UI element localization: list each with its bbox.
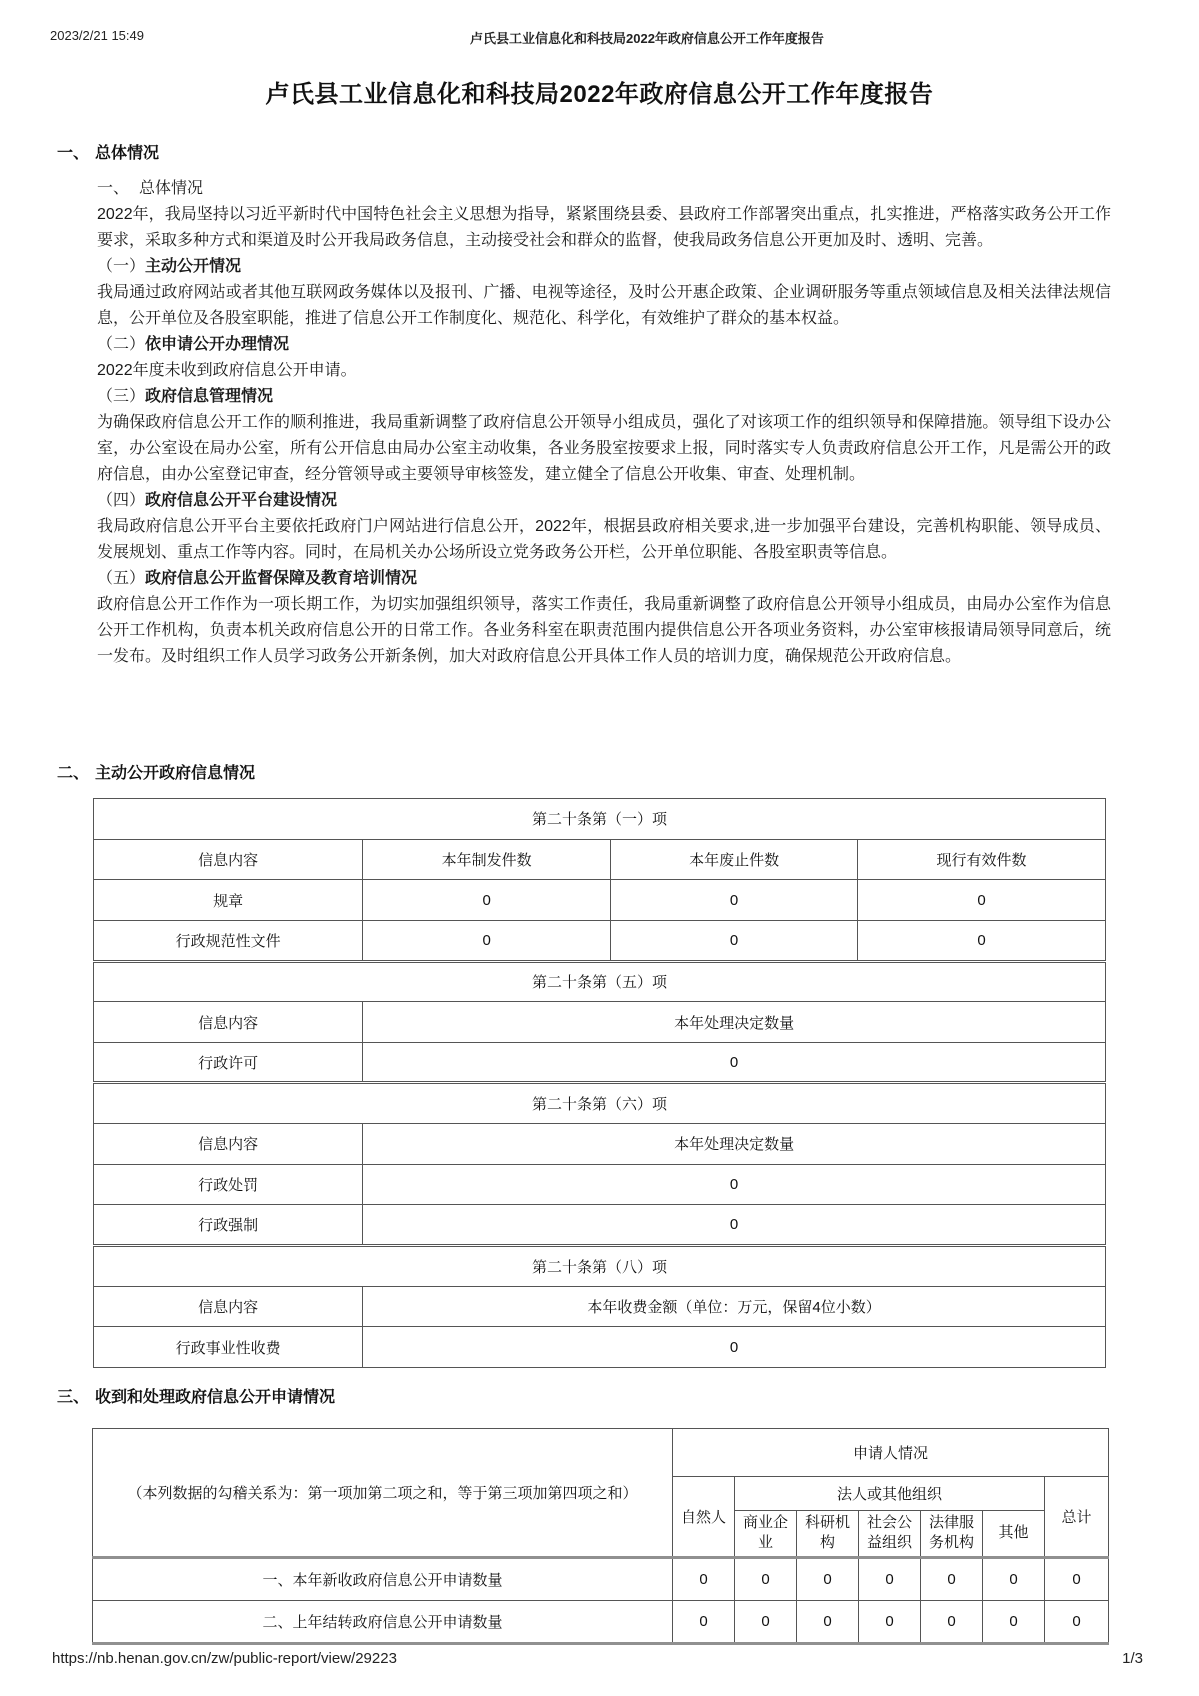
subheading-title: 政府信息公开监督保障及教育培训情况 [145,570,417,587]
article-span-label: 第二十条第（五）项 [94,961,1106,1002]
subheading-title: 政府信息管理情况 [145,388,273,405]
section-number: 三、 [57,1389,89,1406]
subheading-4: （四）政府信息公开平台建设情况 [97,488,1111,514]
table-header-row: 信息内容 本年处理决定数量 [94,1002,1106,1043]
data-cell: 0 [983,1600,1045,1643]
section-number: 一、 [57,145,89,162]
section-title: 收到和处理政府信息公开申请情况 [95,1389,335,1406]
data-cell: 0 [611,920,858,961]
subheading-2: （二）依申请公开办理情况 [97,332,1111,358]
data-cell: 0 [858,920,1106,961]
header-cell-legal-entity-group: 法人或其他组织 [735,1477,1045,1511]
proactive-disclosure-table: 第二十条第（一）项 信息内容 本年制发件数 本年废止件数 现行有效件数 规章 0… [93,798,1106,1368]
data-cell: 0 [1045,1557,1109,1600]
header-cell: 信息内容 [94,1002,363,1043]
header-cell-natural-person: 自然人 [673,1477,735,1558]
data-cell: 0 [735,1600,797,1643]
row-label: 行政事业性收费 [94,1327,363,1368]
subheader-cell: 其他 [983,1511,1045,1558]
section-heading-overview: 一、总体情况 [57,140,159,163]
report-title: 卢氏县工业信息化和科技局2022年政府信息公开工作年度报告 [0,74,1199,109]
header-cell: 本年处理决定数量 [363,1002,1106,1043]
subheading-title: 依申请公开办理情况 [145,336,289,353]
data-cell: 0 [921,1600,983,1643]
subheading-5: （五）政府信息公开监督保障及教育培训情况 [97,566,1111,592]
row-label: 二、上年结转政府信息公开申请数量 [93,1600,673,1643]
subheader-cell: 社会公益组织 [859,1511,921,1558]
data-cell: 0 [363,1205,1106,1246]
table-header-row: 信息内容 本年制发件数 本年废止件数 现行有效件数 [94,839,1106,880]
data-cell: 0 [363,1164,1106,1205]
article-span-row: 第二十条第（六）项 [94,1083,1106,1124]
row-label: 行政强制 [94,1205,363,1246]
subheader-cell: 科研机构 [797,1511,859,1558]
table-row: 行政许可 0 [94,1042,1106,1083]
header-cell: 信息内容 [94,1286,363,1327]
row-label: 一、本年新收政府信息公开申请数量 [93,1557,673,1600]
section-title: 主动公开政府信息情况 [95,765,255,782]
table-row: 行政事业性收费 0 [94,1327,1106,1368]
header-cell: 本年处理决定数量 [363,1124,1106,1165]
subheading-3: （三）政府信息管理情况 [97,384,1111,410]
paragraph-4: 我局政府信息公开平台主要依托政府门户网站进行信息公开，2022年，根据县政府相关… [97,514,1111,566]
paragraph-overview: 2022年，我局坚持以习近平新时代中国特色社会主义思想为指导，紧紧围绕县委、县政… [97,202,1111,254]
data-cell: 0 [983,1557,1045,1600]
data-cell: 0 [673,1600,735,1643]
subheading-number: （三） [97,388,145,405]
header-cell: 本年制发件数 [363,839,611,880]
subheader-cell: 商业企业 [735,1511,797,1558]
reconciliation-note-cell: （本列数据的勾稽关系为：第一项加第二项之和，等于第三项加第四项之和） [93,1429,673,1558]
article-span-label: 第二十条第（一）项 [94,799,1106,840]
article-span-row: 第二十条第（八）项 [94,1246,1106,1287]
header-cell: 信息内容 [94,839,363,880]
header-cell: 信息内容 [94,1124,363,1165]
table-row: 规章 0 0 0 [94,880,1106,921]
table-row: 行政规范性文件 0 0 0 [94,920,1106,961]
data-cell: 0 [921,1557,983,1600]
header-cell-total: 总计 [1045,1477,1109,1558]
header-cell: 本年废止件数 [611,839,858,880]
row-label: 行政规范性文件 [94,920,363,961]
data-cell: 0 [735,1557,797,1600]
subheading-number: （四） [97,492,145,509]
data-cell: 0 [363,1327,1106,1368]
paragraph-1: 我局通过政府网站或者其他互联网政务媒体以及报刊、广播、电视等途径，及时公开惠企政… [97,280,1111,332]
subsection-number: 一、 [97,180,129,197]
section-heading-proactive-disclosure: 二、主动公开政府信息情况 [57,760,255,783]
print-timestamp: 2023/2/21 15:49 [50,28,144,43]
row-label: 行政处罚 [94,1164,363,1205]
header-cell: 现行有效件数 [858,839,1106,880]
data-cell: 0 [797,1557,859,1600]
requests-table: （本列数据的勾稽关系为：第一项加第二项之和，等于第三项加第四项之和） 申请人情况… [92,1428,1109,1645]
article-span-label: 第二十条第（八）项 [94,1246,1106,1287]
data-cell: 0 [859,1557,921,1600]
print-footer-page-number: 1/3 [1122,1650,1143,1667]
header-cell-applicant: 申请人情况 [673,1429,1109,1477]
table-row: 一、本年新收政府信息公开申请数量 0 0 0 0 0 0 0 [93,1557,1109,1600]
overview-body: 一、总体情况 2022年，我局坚持以习近平新时代中国特色社会主义思想为指导，紧紧… [97,176,1111,670]
paragraph-2: 2022年度未收到政府信息公开申请。 [97,358,1111,384]
header-cell: 本年收费金额（单位：万元，保留4位小数） [363,1286,1106,1327]
data-cell: 0 [673,1557,735,1600]
subheading-number: （二） [97,336,145,353]
subheader-cell: 法律服务机构 [921,1511,983,1558]
subheading-number: （一） [97,258,145,275]
table-row: 行政处罚 0 [94,1164,1106,1205]
data-cell: 0 [797,1600,859,1643]
paragraph-5: 政府信息公开工作作为一项长期工作，为切实加强组织领导，落实工作责任，我局重新调整… [97,592,1111,670]
print-footer-url: https://nb.henan.gov.cn/zw/public-report… [52,1650,397,1667]
data-cell: 0 [363,920,611,961]
section-heading-requests: 三、收到和处理政府信息公开申请情况 [57,1384,335,1407]
article-span-label: 第二十条第（六）项 [94,1083,1106,1124]
section-title: 总体情况 [95,145,159,162]
subheading-title: 主动公开情况 [145,258,241,275]
table-header-row: 信息内容 本年处理决定数量 [94,1124,1106,1165]
table-row: 行政强制 0 [94,1205,1106,1246]
subsection-title: 总体情况 [139,180,203,197]
row-label: 规章 [94,880,363,921]
row-label: 行政许可 [94,1042,363,1083]
subheading-1: （一）主动公开情况 [97,254,1111,280]
data-cell: 0 [363,880,611,921]
paragraph-3: 为确保政府信息公开工作的顺利推进，我局重新调整了政府信息公开领导小组成员，强化了… [97,410,1111,488]
article-span-row: 第二十条第（一）项 [94,799,1106,840]
subsection-line: 一、总体情况 [97,176,1111,202]
data-cell: 0 [859,1600,921,1643]
data-cell: 0 [611,880,858,921]
table-header-row: （本列数据的勾稽关系为：第一项加第二项之和，等于第三项加第四项之和） 申请人情况 [93,1429,1109,1477]
data-cell: 0 [363,1042,1106,1083]
article-span-row: 第二十条第（五）项 [94,961,1106,1002]
subheading-title: 政府信息公开平台建设情况 [145,492,337,509]
table-row: 二、上年结转政府信息公开申请数量 0 0 0 0 0 0 0 [93,1600,1109,1643]
table-header-row: 信息内容 本年收费金额（单位：万元，保留4位小数） [94,1286,1106,1327]
section-number: 二、 [57,765,89,782]
data-cell: 0 [1045,1600,1109,1643]
print-doc-title: 卢氏县工业信息化和科技局2022年政府信息公开工作年度报告 [470,28,824,47]
report-page: 2023/2/21 15:49 卢氏县工业信息化和科技局2022年政府信息公开工… [0,0,1199,1696]
data-cell: 0 [858,880,1106,921]
subheading-number: （五） [97,570,145,587]
